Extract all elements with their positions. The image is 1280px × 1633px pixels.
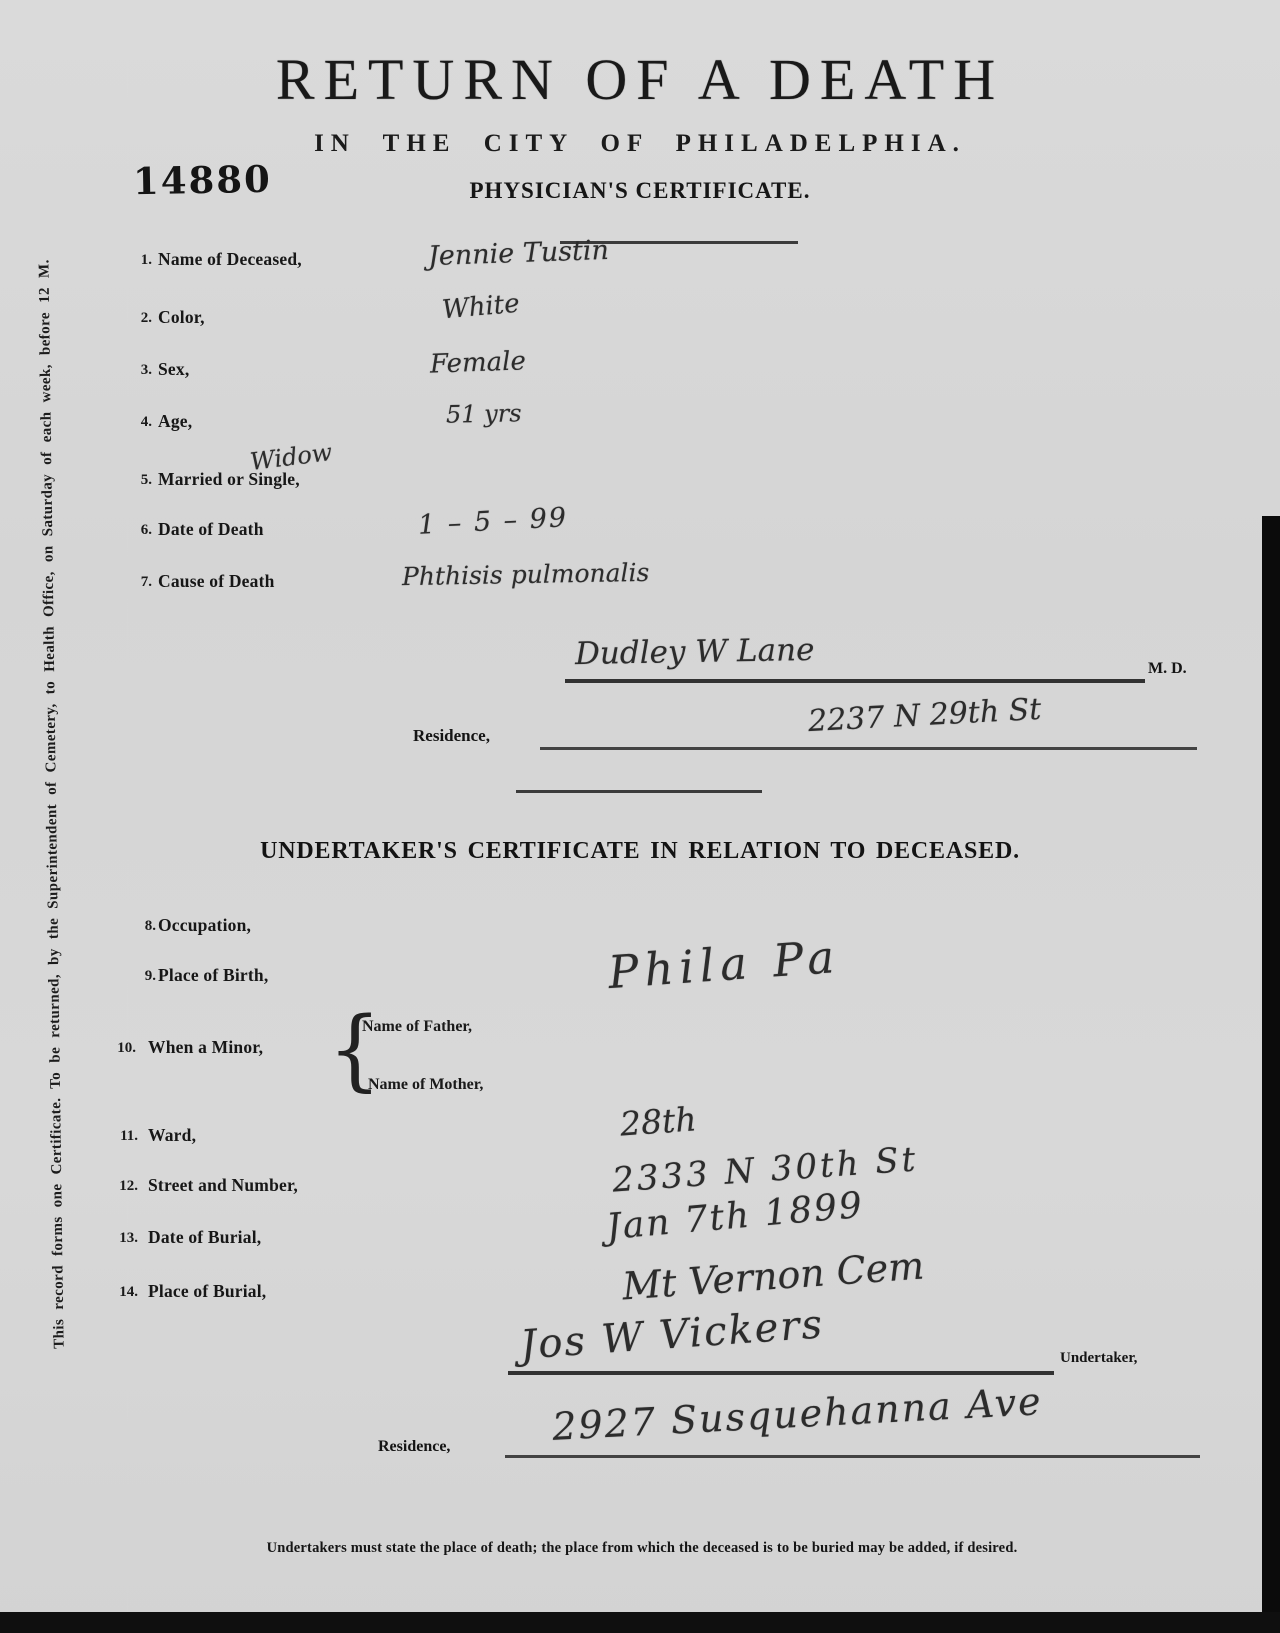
field-label-date-of-burial: Date of Burial, [148,1227,261,1248]
death-return-document: This record forms one Certificate. To be… [0,0,1280,1633]
field-number-13: 13. [94,1230,138,1247]
field-label-name-of-mother: Name of Mother, [368,1076,483,1094]
handwritten-date-of-death: 1 – 5 – 99 [417,502,568,541]
handwritten-ward: 28th [619,1099,698,1143]
handwritten-sex: Female [430,346,527,379]
field-number-4: 4. [108,414,152,431]
physician-residence-line [540,747,1197,750]
field-label-name-of-father: Name of Father, [362,1018,472,1036]
undertaker-signature: Jos W Vickers [519,1301,826,1368]
handwritten-place-of-birth: Phila Pa [606,930,841,999]
field-number-3: 3. [108,362,152,379]
undertaker-certificate-heading: UNDERTAKER'S CERTIFICATE IN RELATION TO … [0,838,1280,865]
field-label-color: Color, [158,307,205,328]
document-title: RETURN OF A DEATH [0,46,1280,113]
md-label: M. D. [1148,660,1187,678]
handwritten-street-and-number: 2333 N 30th St [611,1139,920,1200]
field-label-ward: Ward, [148,1125,196,1146]
field-number-1: 1. [108,252,152,269]
undertaker-residence-line [505,1455,1200,1458]
field-number-12: 12. [94,1178,138,1195]
undertaker-signature-line [508,1371,1054,1375]
field-label-when-a-minor: When a Minor, [148,1037,263,1058]
field-label-street-and-number: Street and Number, [148,1175,298,1196]
field-number-11: 11. [94,1128,138,1145]
undertaker-residence-label: Residence, [378,1438,450,1456]
physician-signature: Dudley W Lane [575,632,815,672]
field-number-6: 6. [108,522,152,539]
document-subtitle: IN THE CITY OF PHILADELPHIA. [0,130,1280,158]
handwritten-age: 51 yrs [446,399,522,428]
handwritten-undertaker-residence: 2927 Susquehanna Ave [551,1379,1043,1449]
field-number-2: 2. [108,310,152,327]
field-number-8: 8. [112,918,156,935]
handwritten-color: White [441,289,521,326]
handwritten-marital-status: Widow [249,438,334,476]
field-number-14: 14. [94,1284,138,1301]
field-number-5: 5. [108,472,152,489]
field-label-place-of-birth: Place of Birth, [158,965,268,986]
physician-residence-label: Residence, [413,726,490,746]
footer-instruction: Undertakers must state the place of deat… [84,1540,1200,1557]
section-divider-rule [516,790,762,793]
scan-edge-bottom [0,1612,1280,1633]
handwritten-name-of-deceased: Jennie Tustin [428,235,610,272]
field-label-name-of-deceased: Name of Deceased, [158,249,302,270]
field-number-9: 9. [112,968,156,985]
field-number-7: 7. [108,574,152,591]
undertaker-label: Undertaker, [1060,1350,1137,1367]
field-label-age: Age, [158,411,192,432]
physician-signature-line [565,679,1145,683]
field-number-10: 10. [92,1040,136,1057]
handwritten-physician-residence: 2237 N 29th St [807,692,1042,739]
field-label-cause-of-death: Cause of Death [158,571,275,592]
field-label-sex: Sex, [158,359,189,380]
handwritten-cause-of-death: Phthisis pulmonalis [402,558,650,591]
physician-certificate-heading: PHYSICIAN'S CERTIFICATE. [0,178,1280,204]
field-label-occupation: Occupation, [158,915,251,936]
handwritten-place-of-burial: Mt Vernon Cem [621,1244,926,1309]
field-label-date-of-death: Date of Death [158,519,264,540]
sidebar-return-instruction: This record forms one Certificate. To be… [34,98,78,1510]
field-label-place-of-burial: Place of Burial, [148,1281,266,1302]
scan-edge-right [1262,516,1280,1633]
